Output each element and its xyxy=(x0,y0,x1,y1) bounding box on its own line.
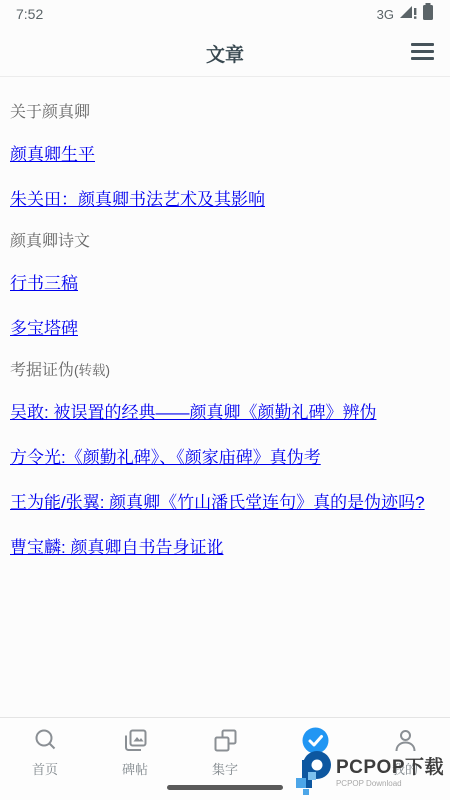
home-indicator[interactable] xyxy=(167,785,283,790)
article-list: 关于颜真卿 颜真卿生平 朱关田：颜真卿书法艺术及其影响 颜真卿诗文 行书三稿 多… xyxy=(0,77,450,561)
nav-label: 碑帖 xyxy=(122,759,148,778)
section-about: 关于颜真卿 颜真卿生平 朱关田：颜真卿书法艺术及其影响 xyxy=(10,103,440,213)
watermark: PCPOP下载 PCPOP Download xyxy=(290,746,444,796)
section-textual-research: 考据证伪(转载) 吴敢: 被误置的经典——颜真卿《颜勤礼碑》辨伪 方令光:《颜勤… xyxy=(10,361,440,561)
network-type-label: 3G xyxy=(377,7,394,22)
app-screen: 7:52 3G 文章 关 xyxy=(0,0,450,800)
search-icon xyxy=(32,727,59,754)
section-heading: 考据证伪(转载) xyxy=(10,361,440,380)
status-bar: 7:52 3G xyxy=(0,0,450,28)
article-link-row: 吴敢: 被误置的经典——颜真卿《颜勤礼碑》辨伪 xyxy=(10,400,440,426)
clock: 7:52 xyxy=(16,6,43,22)
article-link-row: 朱关田：颜真卿书法艺术及其影响 xyxy=(10,187,440,213)
section-heading: 颜真卿诗文 xyxy=(10,232,440,251)
section-poetry: 颜真卿诗文 行书三稿 多宝塔碑 xyxy=(10,232,440,342)
article-link[interactable]: 吴敢: 被误置的经典——颜真卿《颜勤礼碑》辨伪 xyxy=(10,403,376,422)
article-link[interactable]: 行书三稿 xyxy=(10,274,78,293)
article-link-row: 王为能/张翼: 颜真卿《竹山潘氏堂连句》真的是伪迹吗? xyxy=(10,490,440,516)
article-link[interactable]: 方令光:《颜勤礼碑》、《颜家庙碑》真伪考 xyxy=(10,448,321,467)
watermark-subtitle: PCPOP Download xyxy=(336,779,444,788)
copy-icon xyxy=(212,727,239,754)
article-link[interactable]: 王为能/张翼: 颜真卿《竹山潘氏堂连句》真的是伪迹吗? xyxy=(10,493,425,512)
page-title: 文章 xyxy=(0,40,450,67)
section-heading: 关于颜真卿 xyxy=(10,103,440,122)
article-link-row: 曹宝麟: 颜真卿自书告身证讹 xyxy=(10,535,440,561)
article-link-row: 行书三稿 xyxy=(10,271,440,297)
pcpop-logo-icon xyxy=(290,746,336,796)
article-link[interactable]: 朱关田：颜真卿书法艺术及其影响 xyxy=(10,190,265,209)
watermark-title: PCPOP下载 xyxy=(336,758,444,778)
article-link-row: 方令光:《颜勤礼碑》、《颜家庙碑》真伪考 xyxy=(10,445,440,471)
signal-icon xyxy=(399,4,417,25)
battery-icon xyxy=(422,3,434,25)
photo-library-icon xyxy=(122,727,149,754)
hamburger-menu-icon[interactable] xyxy=(411,43,434,61)
article-link[interactable]: 曹宝麟: 颜真卿自书告身证讹 xyxy=(10,538,223,557)
nav-item-home[interactable]: 首页 xyxy=(0,718,90,800)
app-header: 文章 xyxy=(0,28,450,77)
article-link[interactable]: 颜真卿生平 xyxy=(10,145,95,164)
article-link[interactable]: 多宝塔碑 xyxy=(10,319,78,338)
nav-label: 集字 xyxy=(212,759,238,778)
nav-label: 首页 xyxy=(32,759,58,778)
article-link-row: 颜真卿生平 xyxy=(10,142,440,168)
section-heading-suffix: (转载) xyxy=(74,363,110,378)
article-link-row: 多宝塔碑 xyxy=(10,316,440,342)
